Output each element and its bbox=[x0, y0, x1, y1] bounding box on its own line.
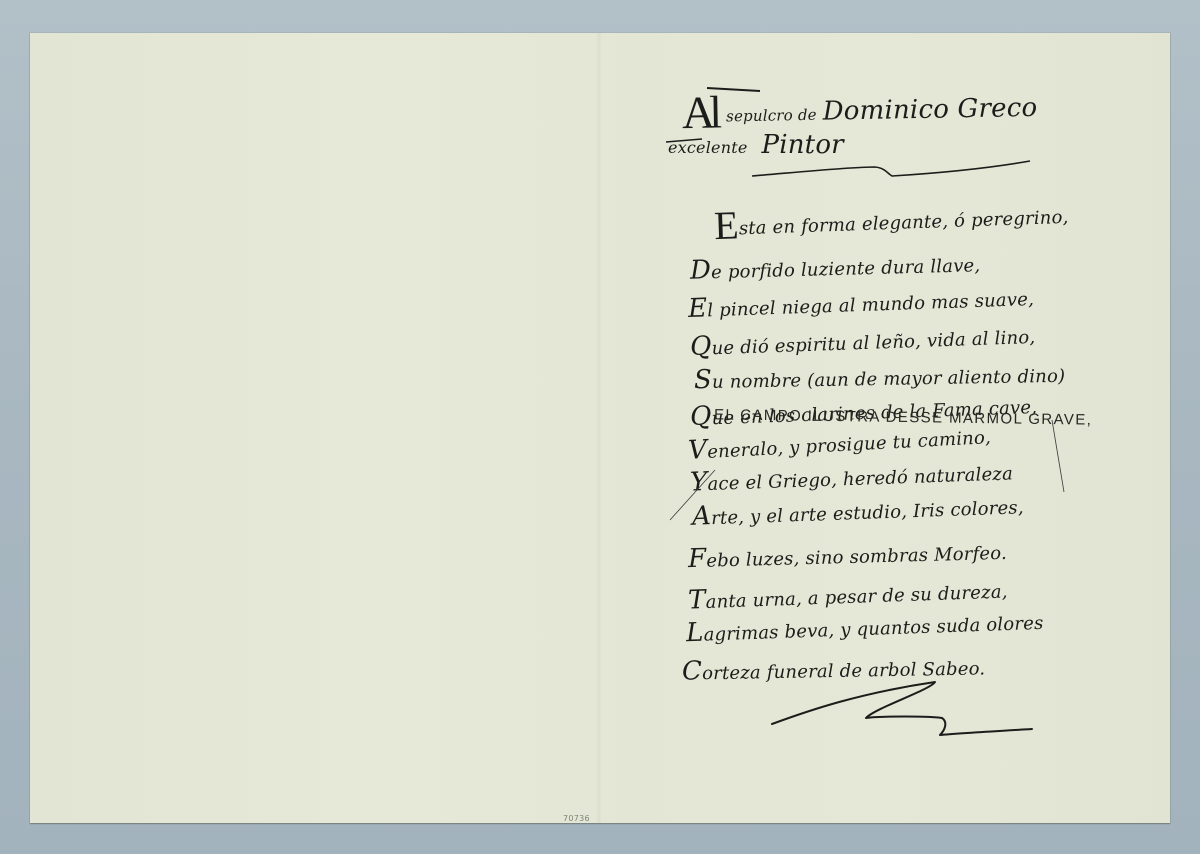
center-fold bbox=[596, 33, 602, 823]
verse-text: e porfido luziente dura llave, bbox=[711, 255, 981, 283]
verse-line-13: Corteza funeral de arbol Sabeo. bbox=[682, 651, 986, 686]
verse-text: orteza funeral de arbol Sabeo. bbox=[702, 658, 985, 684]
heading-dominico-greco: Dominico Greco bbox=[822, 93, 1037, 127]
verse-initial: S bbox=[694, 365, 713, 395]
verse-initial: T bbox=[688, 585, 707, 616]
verse-initial: Q bbox=[690, 401, 713, 432]
verse-initial: A bbox=[692, 501, 712, 532]
verse-initial: D bbox=[690, 255, 712, 286]
verse-initial: C bbox=[682, 656, 703, 686]
verse-initial: E bbox=[688, 293, 708, 324]
heading-pintor: Pintor bbox=[762, 130, 844, 160]
manuscript-sheet bbox=[30, 33, 1170, 823]
verse-initial: V bbox=[687, 435, 708, 466]
verse-text: u nombre (aun de mayor aliento dino) bbox=[712, 366, 1066, 393]
accession-number: 70736 bbox=[563, 814, 590, 823]
verse-initial: F bbox=[688, 544, 707, 574]
verse-initial: Y bbox=[690, 467, 708, 498]
verse-initial: Q bbox=[690, 331, 713, 362]
heading-sepulcro: sepulcro de bbox=[726, 106, 817, 126]
verse-initial: E bbox=[713, 202, 739, 248]
heading-excelente: excelente bbox=[668, 138, 748, 157]
heading-line-2: excelentePintor bbox=[668, 130, 844, 160]
verse-initial: L bbox=[686, 618, 705, 649]
verse-text: sta en forma elegante, ó peregrino, bbox=[739, 207, 1069, 239]
